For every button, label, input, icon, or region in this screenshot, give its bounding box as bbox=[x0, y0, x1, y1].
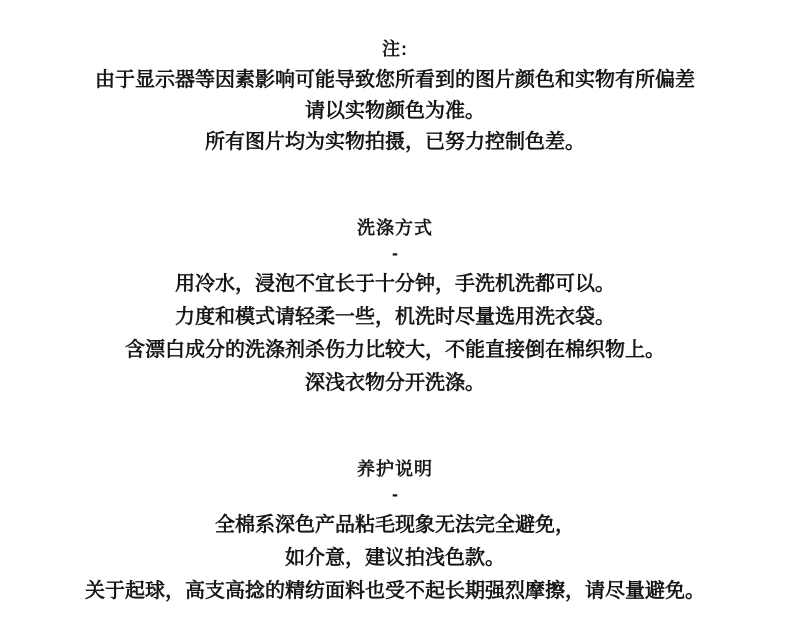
care-line-1: 全棉系深色产品粘毛现象无法完全避免， bbox=[0, 509, 790, 542]
product-notes-page: 注: 由于显示器等因素影响可能导致您所看到的图片颜色和实物有所偏差 请以实物颜色… bbox=[0, 0, 790, 643]
care-section: 养护说明 - 全棉系深色产品粘毛现象无法完全避免， 如介意，建议拍浅色款。 关于… bbox=[0, 456, 790, 608]
washing-section-title: 洗涤方式 bbox=[0, 215, 790, 241]
washing-section: 洗涤方式 - 用冷水，浸泡不宜长于十分钟，手洗机洗都可以。 力度和模式请轻柔一些… bbox=[0, 215, 790, 400]
washing-line-1: 用冷水，浸泡不宜长于十分钟，手洗机洗都可以。 bbox=[0, 268, 790, 301]
note-line-2: 请以实物颜色为准。 bbox=[0, 96, 790, 127]
care-section-title: 养护说明 bbox=[0, 456, 790, 482]
washing-line-2: 力度和模式请轻柔一些，机洗时尽量选用洗衣袋。 bbox=[0, 301, 790, 334]
washing-section-body: 用冷水，浸泡不宜长于十分钟，手洗机洗都可以。 力度和模式请轻柔一些，机洗时尽量选… bbox=[0, 268, 790, 400]
note-section-body: 由于显示器等因素影响可能导致您所看到的图片颜色和实物有所偏差 请以实物颜色为准。… bbox=[0, 65, 790, 158]
care-section-divider-dash: - bbox=[0, 482, 790, 506]
washing-line-3: 含漂白成分的洗涤剂杀伤力比较大，不能直接倒在棉织物上。 bbox=[0, 334, 790, 367]
note-section-title: 注: bbox=[0, 36, 790, 62]
care-section-body: 全棉系深色产品粘毛现象无法完全避免， 如介意，建议拍浅色款。 关于起球，高支高捻… bbox=[0, 509, 790, 608]
note-line-3: 所有图片均为实物拍摄，已努力控制色差。 bbox=[0, 127, 790, 158]
washing-line-4: 深浅衣物分开洗涤。 bbox=[0, 367, 790, 400]
washing-section-divider-dash: - bbox=[0, 241, 790, 265]
care-line-3: 关于起球，高支高捻的精纺面料也受不起长期强烈摩擦，请尽量避免。 bbox=[0, 575, 790, 608]
note-section: 注: 由于显示器等因素影响可能导致您所看到的图片颜色和实物有所偏差 请以实物颜色… bbox=[0, 36, 790, 158]
note-line-1: 由于显示器等因素影响可能导致您所看到的图片颜色和实物有所偏差 bbox=[0, 65, 790, 96]
care-line-2: 如介意，建议拍浅色款。 bbox=[0, 542, 790, 575]
